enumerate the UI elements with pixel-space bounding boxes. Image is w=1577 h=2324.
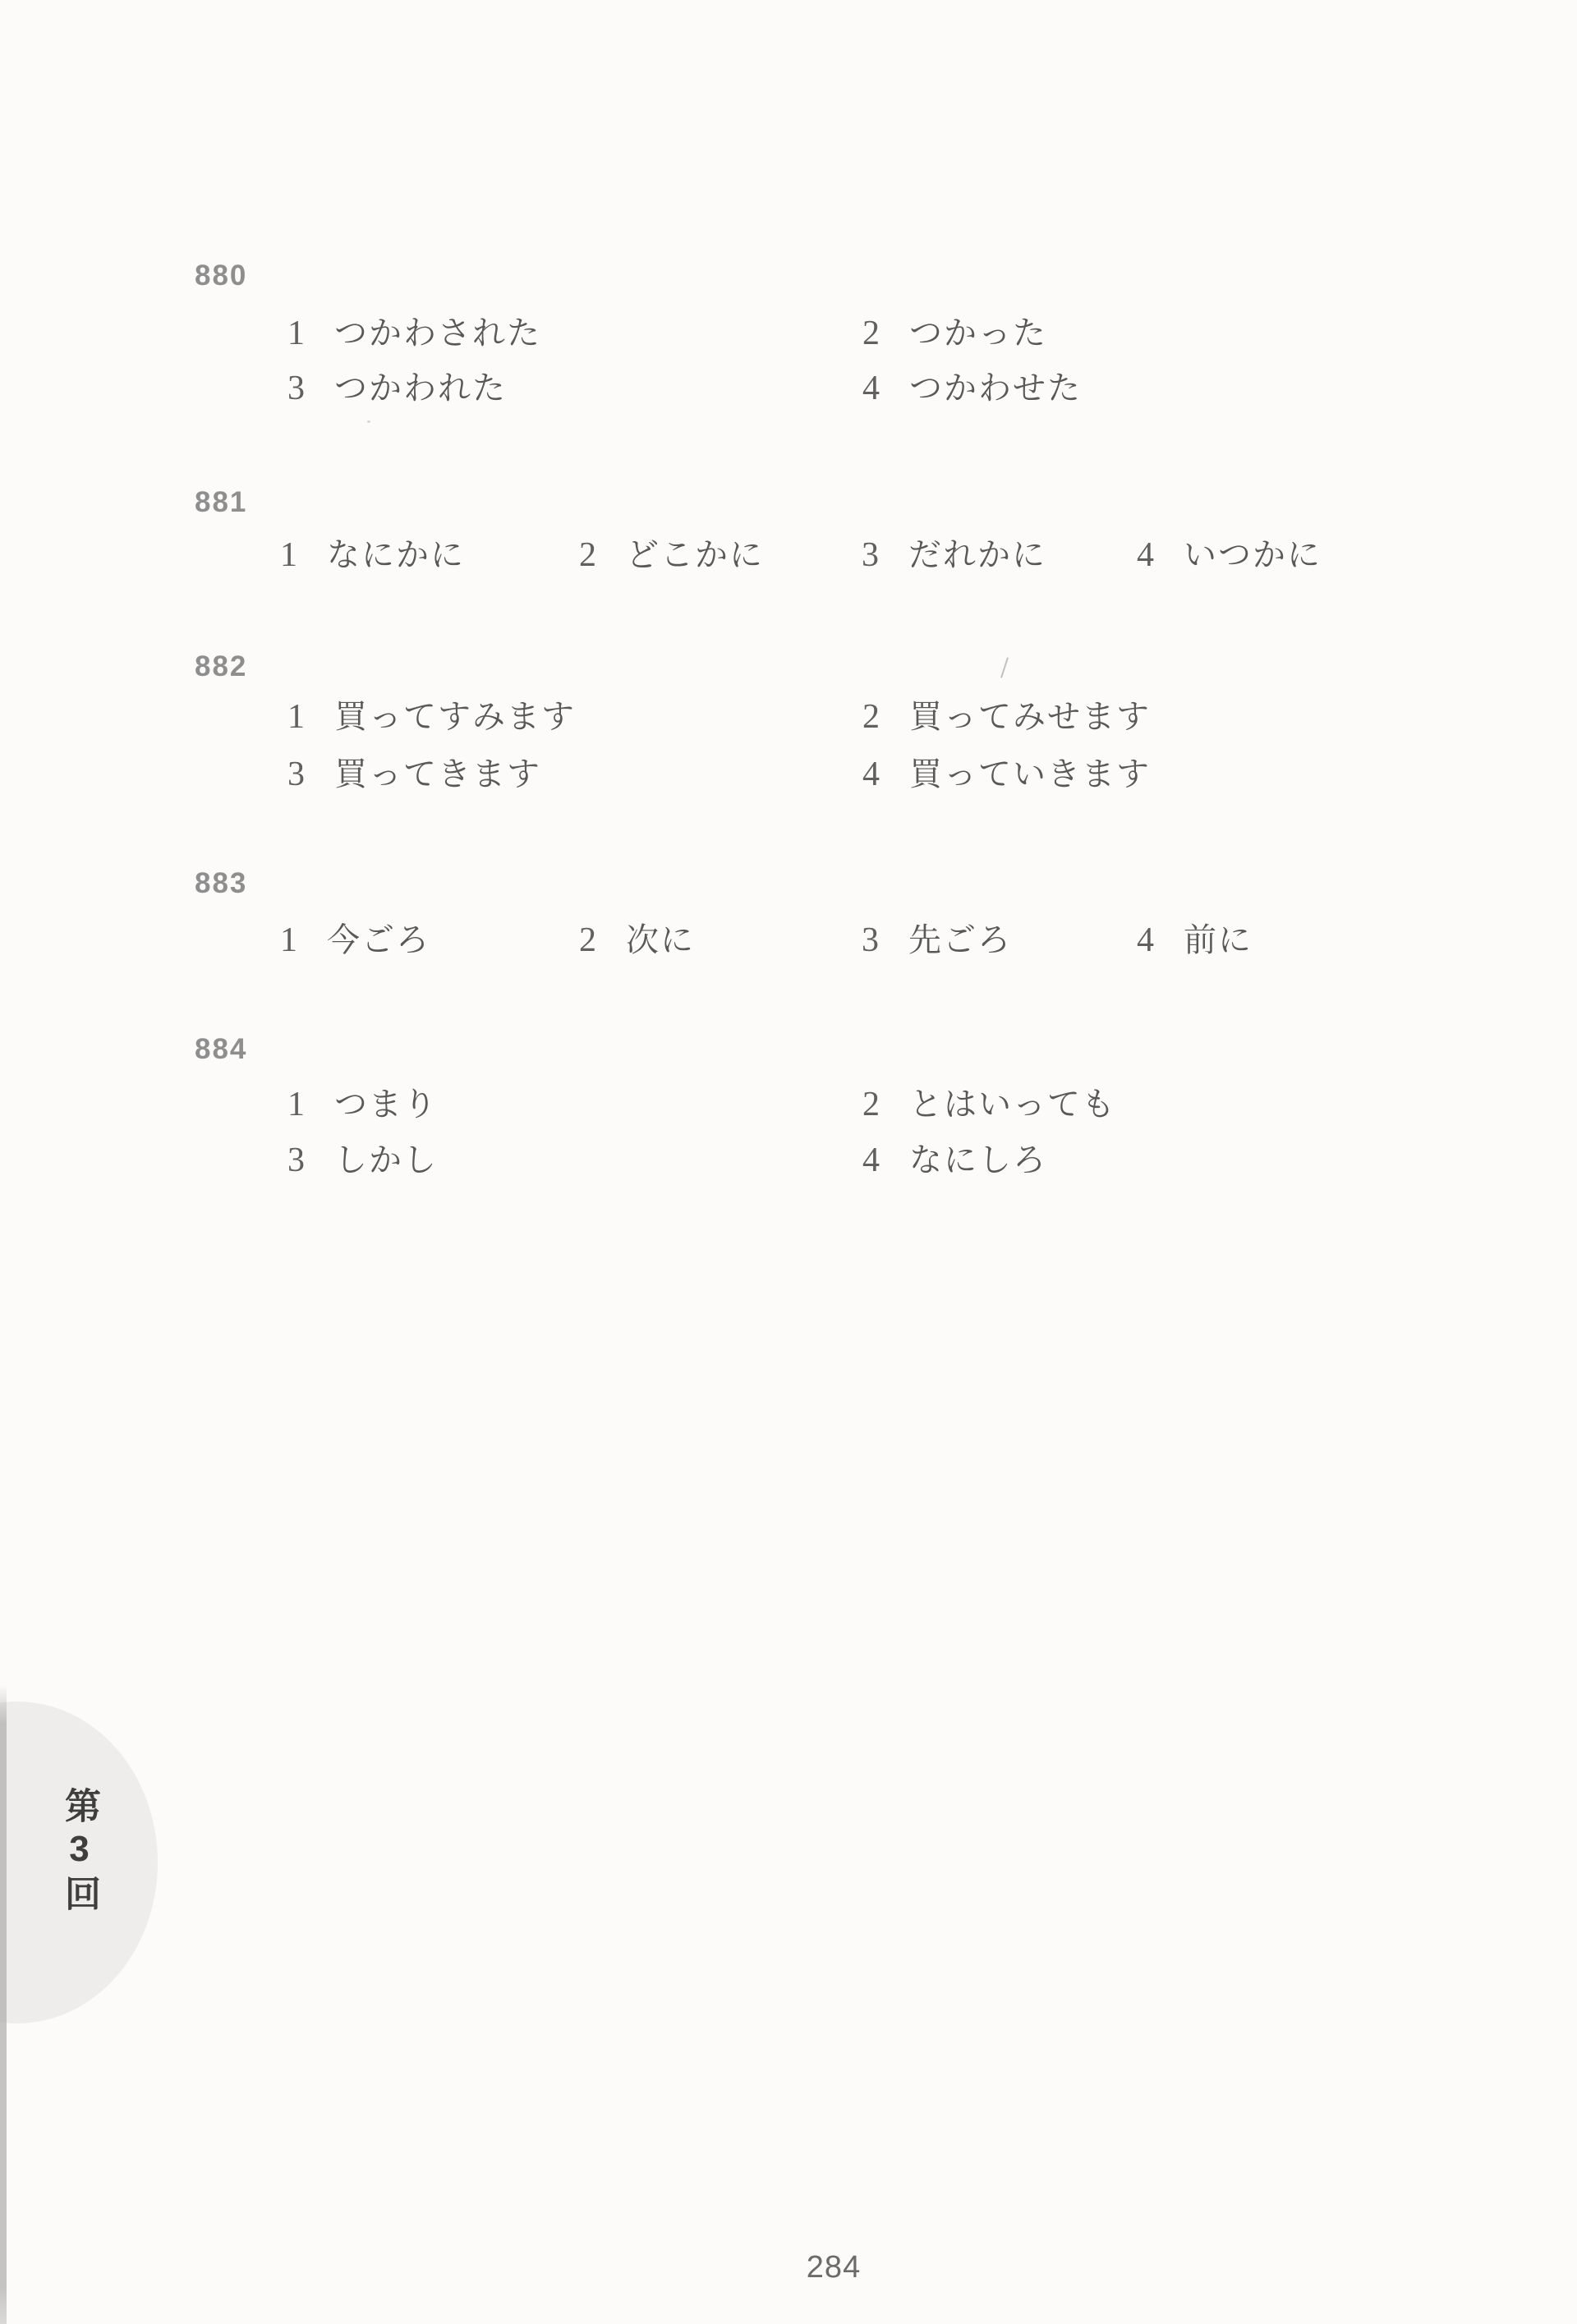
answer-option: 2 買ってみせます xyxy=(862,700,1151,734)
option-number: 2 xyxy=(579,923,598,958)
option-text: つかった xyxy=(909,317,1047,350)
option-number: 1 xyxy=(280,538,299,572)
answer-option: 2 どこかに xyxy=(579,538,764,572)
answer-option: 1 なにかに xyxy=(280,538,465,572)
answer-option: 1 買ってすみます xyxy=(287,700,576,734)
option-text: 今ごろ xyxy=(327,924,430,957)
option-number: 3 xyxy=(287,757,306,792)
option-number: 1 xyxy=(280,923,299,958)
option-text: いつかに xyxy=(1184,539,1322,572)
option-text: なにかに xyxy=(327,539,465,572)
answer-option: 3 だれかに xyxy=(862,538,1046,572)
option-text: どこかに xyxy=(626,539,764,572)
answer-option: 4 つかわせた xyxy=(862,371,1082,406)
option-number: 2 xyxy=(862,316,881,351)
question-number-880: 880 xyxy=(195,261,247,290)
answer-option: 3 買ってきます xyxy=(287,757,541,792)
option-text: つかわれた xyxy=(334,372,507,405)
answer-option: 2 とはいっても xyxy=(862,1087,1116,1122)
question-number-883: 883 xyxy=(195,869,247,898)
option-number: 4 xyxy=(862,371,881,406)
option-text: つまり xyxy=(334,1088,438,1121)
option-number: 2 xyxy=(579,538,598,572)
option-number: 3 xyxy=(287,371,306,406)
option-text: 買っていきます xyxy=(909,758,1151,791)
option-text: つかわせた xyxy=(909,372,1082,405)
answer-option: 3 しかし xyxy=(287,1143,438,1178)
answer-option: 4 買っていきます xyxy=(862,757,1151,792)
chapter-tab-label: 第3回 xyxy=(53,1787,105,1917)
option-number: 3 xyxy=(862,923,880,958)
option-text: 前に xyxy=(1184,924,1253,957)
option-number: 2 xyxy=(862,700,881,734)
question-number-881: 881 xyxy=(195,488,247,517)
option-text: 次に xyxy=(626,924,695,957)
answer-option: 1 つまり xyxy=(287,1087,438,1122)
answer-option: 4 前に xyxy=(1137,923,1253,958)
option-text: 買ってみせます xyxy=(909,700,1151,733)
option-text: つかわされた xyxy=(334,317,541,350)
option-number: 1 xyxy=(287,700,306,734)
book-page: 880 1 つかわされた 2 つかった 3 つかわれた 4 つかわせた 881 … xyxy=(0,0,1577,2324)
answer-option: 3 先ごろ xyxy=(862,923,1012,958)
option-text: だれかに xyxy=(908,539,1046,572)
option-number: 4 xyxy=(1137,923,1156,958)
answer-option: 4 なにしろ xyxy=(862,1143,1047,1178)
scan-artifact xyxy=(367,420,370,423)
option-number: 3 xyxy=(862,538,880,572)
option-text: なにしろ xyxy=(909,1144,1047,1177)
answer-option: 2 つかった xyxy=(862,316,1047,351)
option-number: 3 xyxy=(287,1143,306,1178)
question-number-882: 882 xyxy=(195,652,247,681)
option-text: 先ごろ xyxy=(908,924,1012,957)
option-text: とはいっても xyxy=(909,1088,1116,1121)
option-text: しかし xyxy=(334,1144,438,1177)
option-number: 1 xyxy=(287,316,306,351)
option-number: 4 xyxy=(862,1143,881,1178)
option-text: 買ってきます xyxy=(334,758,541,791)
page-edge-shadow xyxy=(0,1685,7,2324)
answer-option: 3 つかわれた xyxy=(287,371,507,406)
answer-option: 1 今ごろ xyxy=(280,923,430,958)
answer-option: 2 次に xyxy=(579,923,695,958)
scan-artifact xyxy=(1000,657,1009,677)
question-number-884: 884 xyxy=(195,1035,247,1063)
option-number: 1 xyxy=(287,1087,306,1122)
page-number: 284 xyxy=(784,2250,883,2285)
option-number: 4 xyxy=(862,757,881,792)
answer-option: 1 つかわされた xyxy=(287,316,541,351)
option-number: 2 xyxy=(862,1087,881,1122)
option-number: 4 xyxy=(1137,538,1156,572)
option-text: 買ってすみます xyxy=(334,700,576,733)
answer-option: 4 いつかに xyxy=(1137,538,1322,572)
